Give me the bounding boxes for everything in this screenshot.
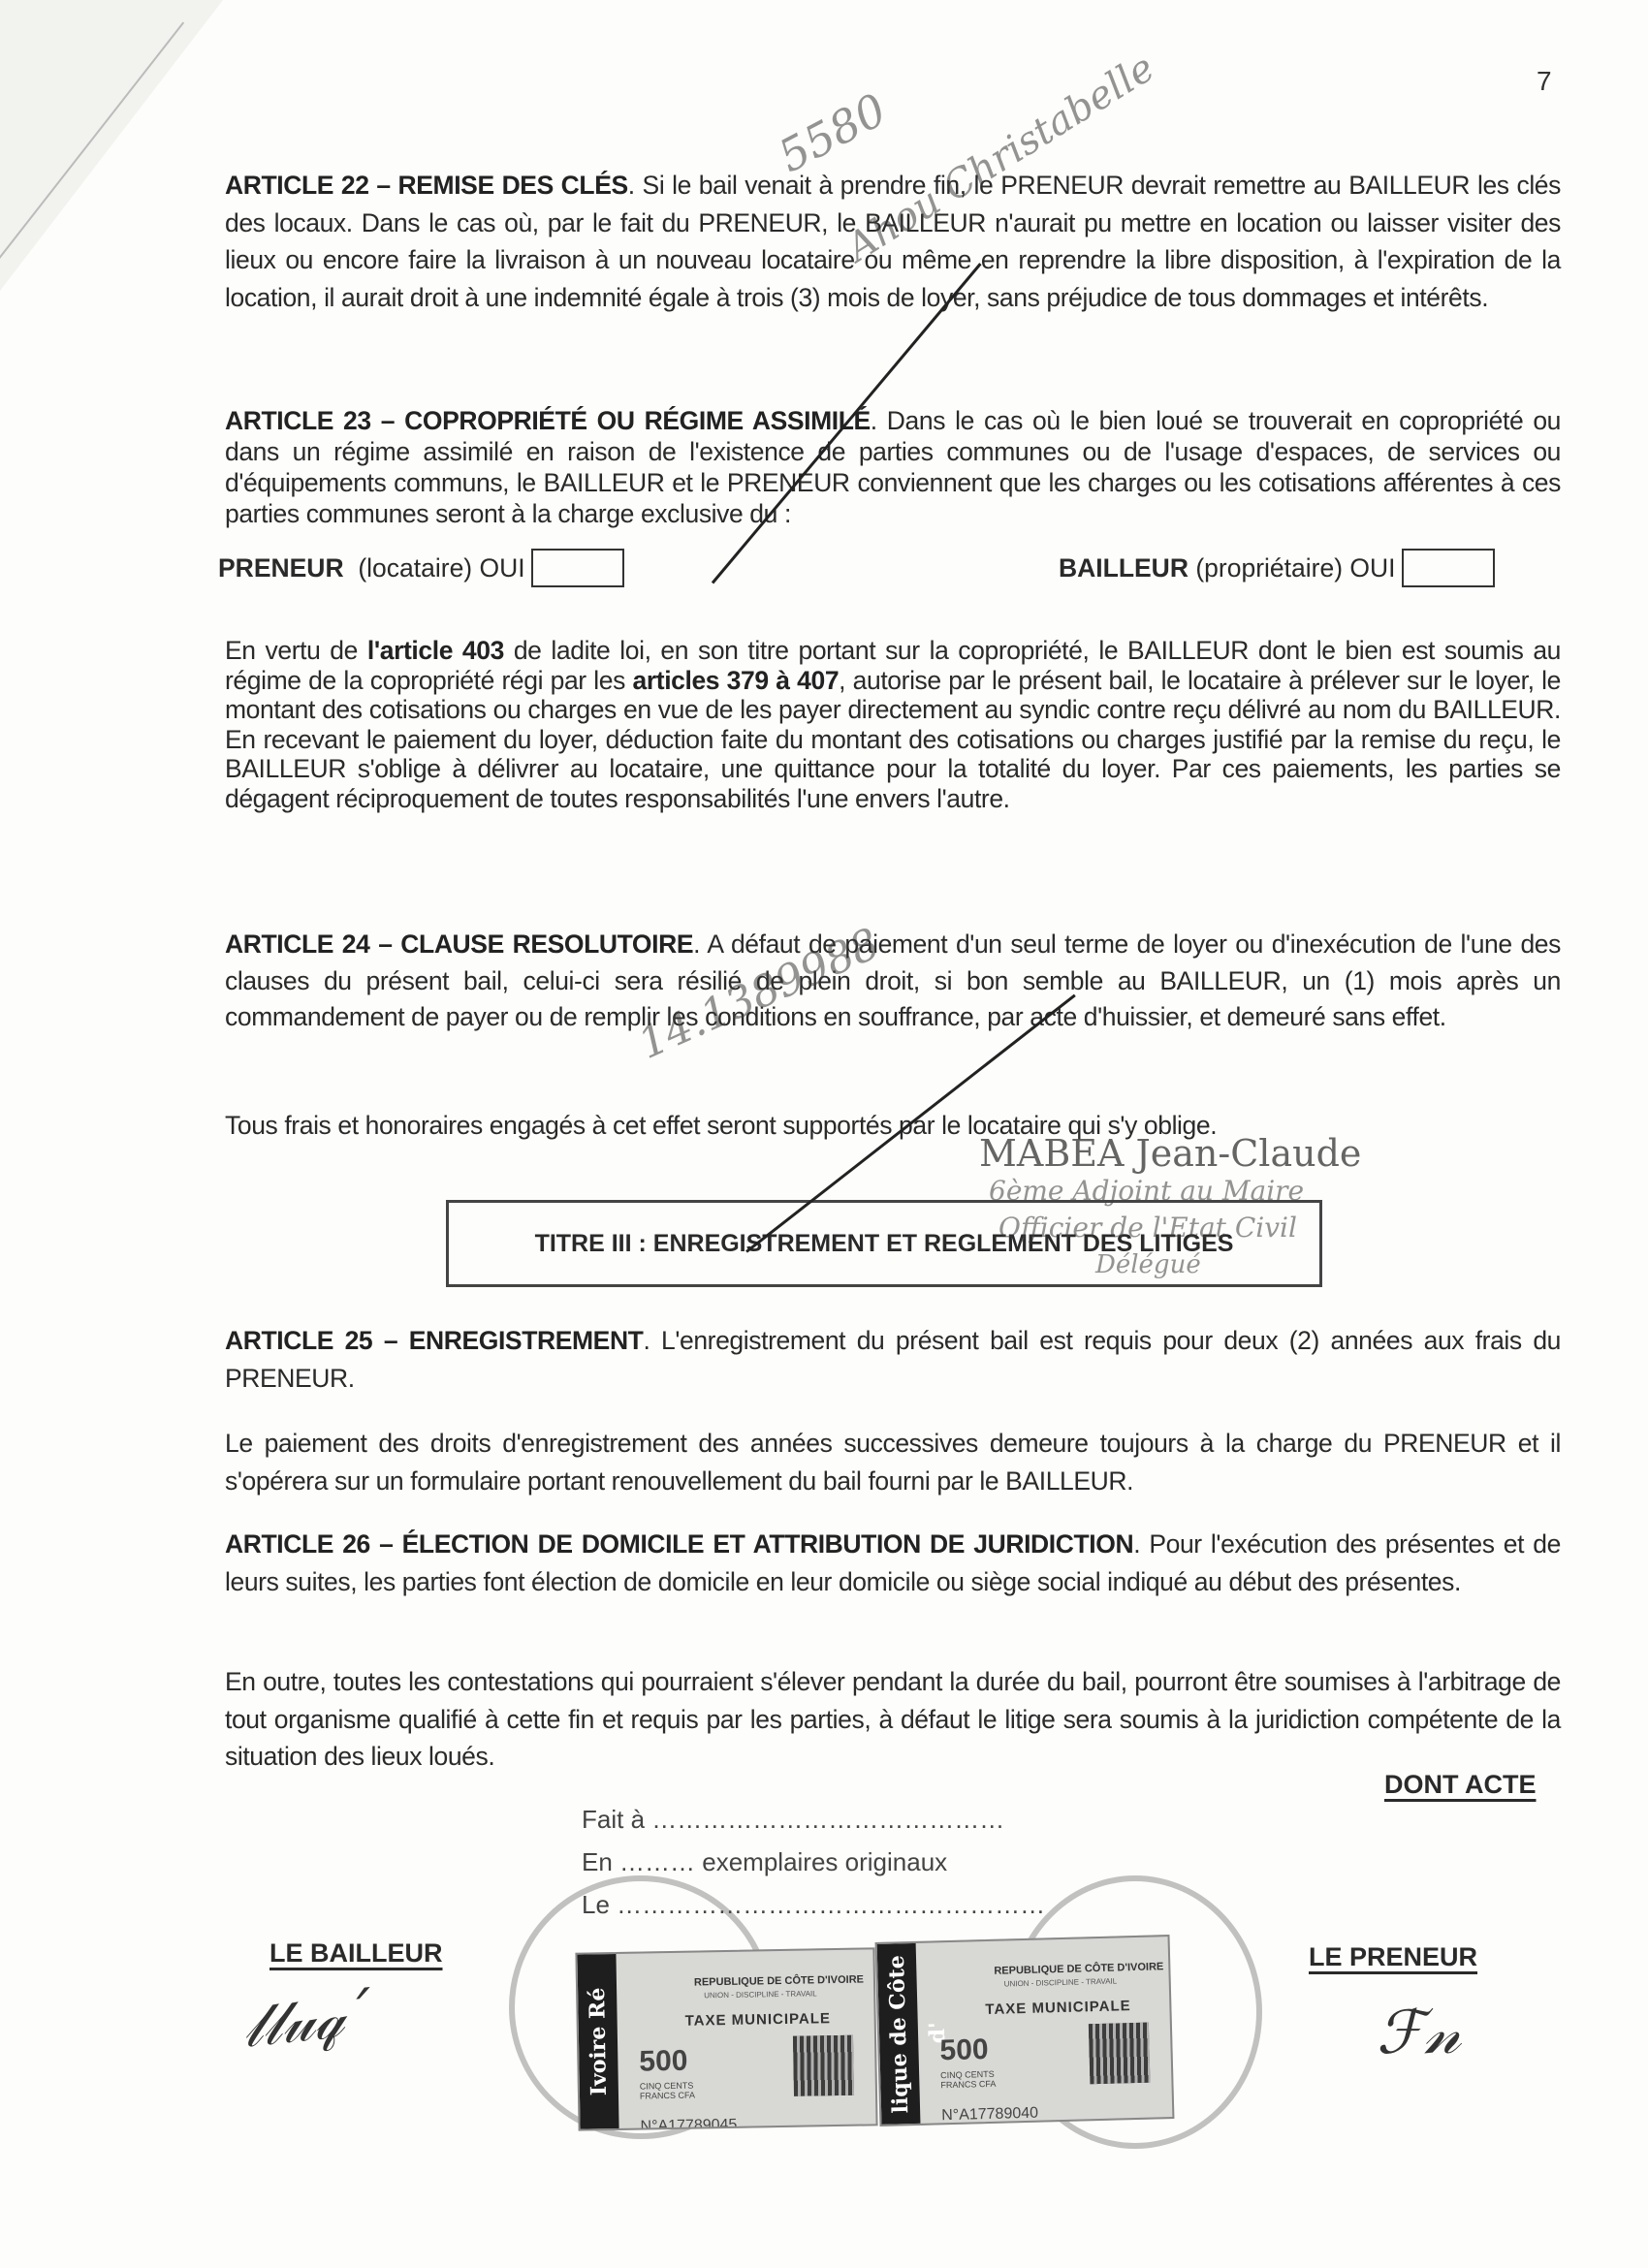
tax-stamp-band: Ivoire Ré bbox=[577, 1954, 618, 2129]
tax-stamp-value: 500 bbox=[939, 2033, 989, 2067]
official-stamp-title-3: Délégué bbox=[1095, 1250, 1201, 1279]
bold-reference: l'article 403 bbox=[367, 636, 504, 665]
page-number: 7 bbox=[1537, 66, 1552, 97]
preneur-role: (locataire) bbox=[358, 553, 472, 583]
bailleur-party: BAILLEUR bbox=[1059, 553, 1188, 583]
bailleur-signature: 𝓁𝓁𝓊𝓆ˊ bbox=[239, 1980, 376, 2062]
bailleur-oui-label: OUI bbox=[1349, 553, 1395, 583]
article-403-paragraph: En vertu de l'article 403 de ladite loi,… bbox=[225, 636, 1561, 813]
tax-stamp-value-words: CINQ CENTS FRANCS CFA bbox=[640, 2081, 698, 2101]
preneur-checkbox[interactable] bbox=[531, 549, 624, 587]
preneur-option: PRENEUR (locataire) OUI bbox=[218, 549, 624, 587]
tax-stamp-motto: UNION - DISCIPLINE - TRAVAIL bbox=[704, 1989, 817, 2000]
qr-code-icon bbox=[793, 2035, 854, 2096]
bailleur-checkbox[interactable] bbox=[1402, 549, 1495, 587]
tax-stamp-value: 500 bbox=[639, 2045, 688, 2079]
folded-corner bbox=[0, 0, 223, 291]
preneur-party: PRENEUR bbox=[218, 553, 344, 583]
tax-stamp-2: lique de Côte d' REPUBLIQUE DE CÔTE D'IV… bbox=[875, 1935, 1175, 2126]
bailleur-signature-label: LE BAILLEUR bbox=[269, 1938, 443, 1969]
tax-stamp-1: Ivoire Ré REPUBLIQUE DE CÔTE D'IVOIRE UN… bbox=[575, 1947, 877, 2130]
tax-stamp-republic: REPUBLIQUE DE CÔTE D'IVOIRE bbox=[694, 1974, 864, 1989]
qr-code-icon bbox=[1089, 2023, 1151, 2085]
tax-stamp-title: TAXE MUNICIPALE bbox=[985, 1998, 1131, 2018]
tax-stamp-motto: UNION - DISCIPLINE - TRAVAIL bbox=[1004, 1976, 1118, 1988]
article-25: ARTICLE 25 – ENREGISTREMENT. L'enregistr… bbox=[225, 1322, 1561, 1397]
document-page: 7 ARTICLE 22 – REMISE DES CLÉS. Si le ba… bbox=[0, 0, 1648, 2268]
official-stamp-title-1: 6ème Adjoint au Maire bbox=[989, 1175, 1304, 1207]
article-23: ARTICLE 23 – COPROPRIÉTÉ OU RÉGIME ASSIM… bbox=[225, 405, 1561, 529]
tax-stamp-title: TAXE MUNICIPALE bbox=[685, 2010, 832, 2030]
bailleur-role: (propriétaire) bbox=[1195, 553, 1343, 583]
bold-reference: articles 379 à 407 bbox=[633, 666, 840, 695]
tax-stamp-republic: REPUBLIQUE DE CÔTE D'IVOIRE bbox=[994, 1961, 1163, 1977]
article-26-heading: ARTICLE 26 – ÉLECTION DE DOMICILE ET ATT… bbox=[225, 1529, 1133, 1559]
official-stamp-name: MABEA Jean-Claude bbox=[979, 1132, 1361, 1175]
official-stamp-title-2: Officier de l'Etat Civil bbox=[998, 1212, 1297, 1244]
text: En vertu de bbox=[225, 636, 367, 665]
article-23-heading: ARTICLE 23 – COPROPRIÉTÉ OU RÉGIME ASSIM… bbox=[225, 406, 871, 435]
article-26-paragraph-2: En outre, toutes les contestations qui p… bbox=[225, 1663, 1561, 1776]
preneur-signature: ℱ𝓃 bbox=[1377, 1997, 1461, 2068]
tax-stamp-band: lique de Côte d' bbox=[877, 1943, 921, 2125]
article-26: ARTICLE 26 – ÉLECTION DE DOMICILE ET ATT… bbox=[225, 1526, 1561, 1600]
article-24: ARTICLE 24 – CLAUSE RESOLUTOIRE. A défau… bbox=[225, 927, 1561, 1036]
preneur-signature-label: LE PRENEUR bbox=[1309, 1942, 1477, 1972]
article-24-heading: ARTICLE 24 – CLAUSE RESOLUTOIRE bbox=[225, 929, 693, 959]
tax-stamp-serial: N°A17789040 bbox=[941, 2105, 1038, 2126]
preneur-oui-label: OUI bbox=[480, 553, 525, 583]
tax-stamp-serial: N°A17789045 bbox=[640, 2117, 737, 2131]
tax-stamp-value-words: CINQ CENTS FRANCS CFA bbox=[940, 2069, 999, 2091]
article-22-heading: ARTICLE 22 – REMISE DES CLÉS bbox=[225, 171, 628, 200]
dont-acte: DONT ACTE bbox=[1384, 1770, 1537, 1800]
en-exemplaires-line: En ……… exemplaires originaux bbox=[582, 1847, 947, 1877]
article-25-heading: ARTICLE 25 – ENREGISTREMENT bbox=[225, 1326, 643, 1355]
fait-a-line: Fait à …………………………………… bbox=[582, 1805, 1004, 1835]
bailleur-option: BAILLEUR (propriétaire) OUI bbox=[1059, 549, 1495, 587]
article-25-paragraph-2: Le paiement des droits d'enregistrement … bbox=[225, 1425, 1561, 1499]
